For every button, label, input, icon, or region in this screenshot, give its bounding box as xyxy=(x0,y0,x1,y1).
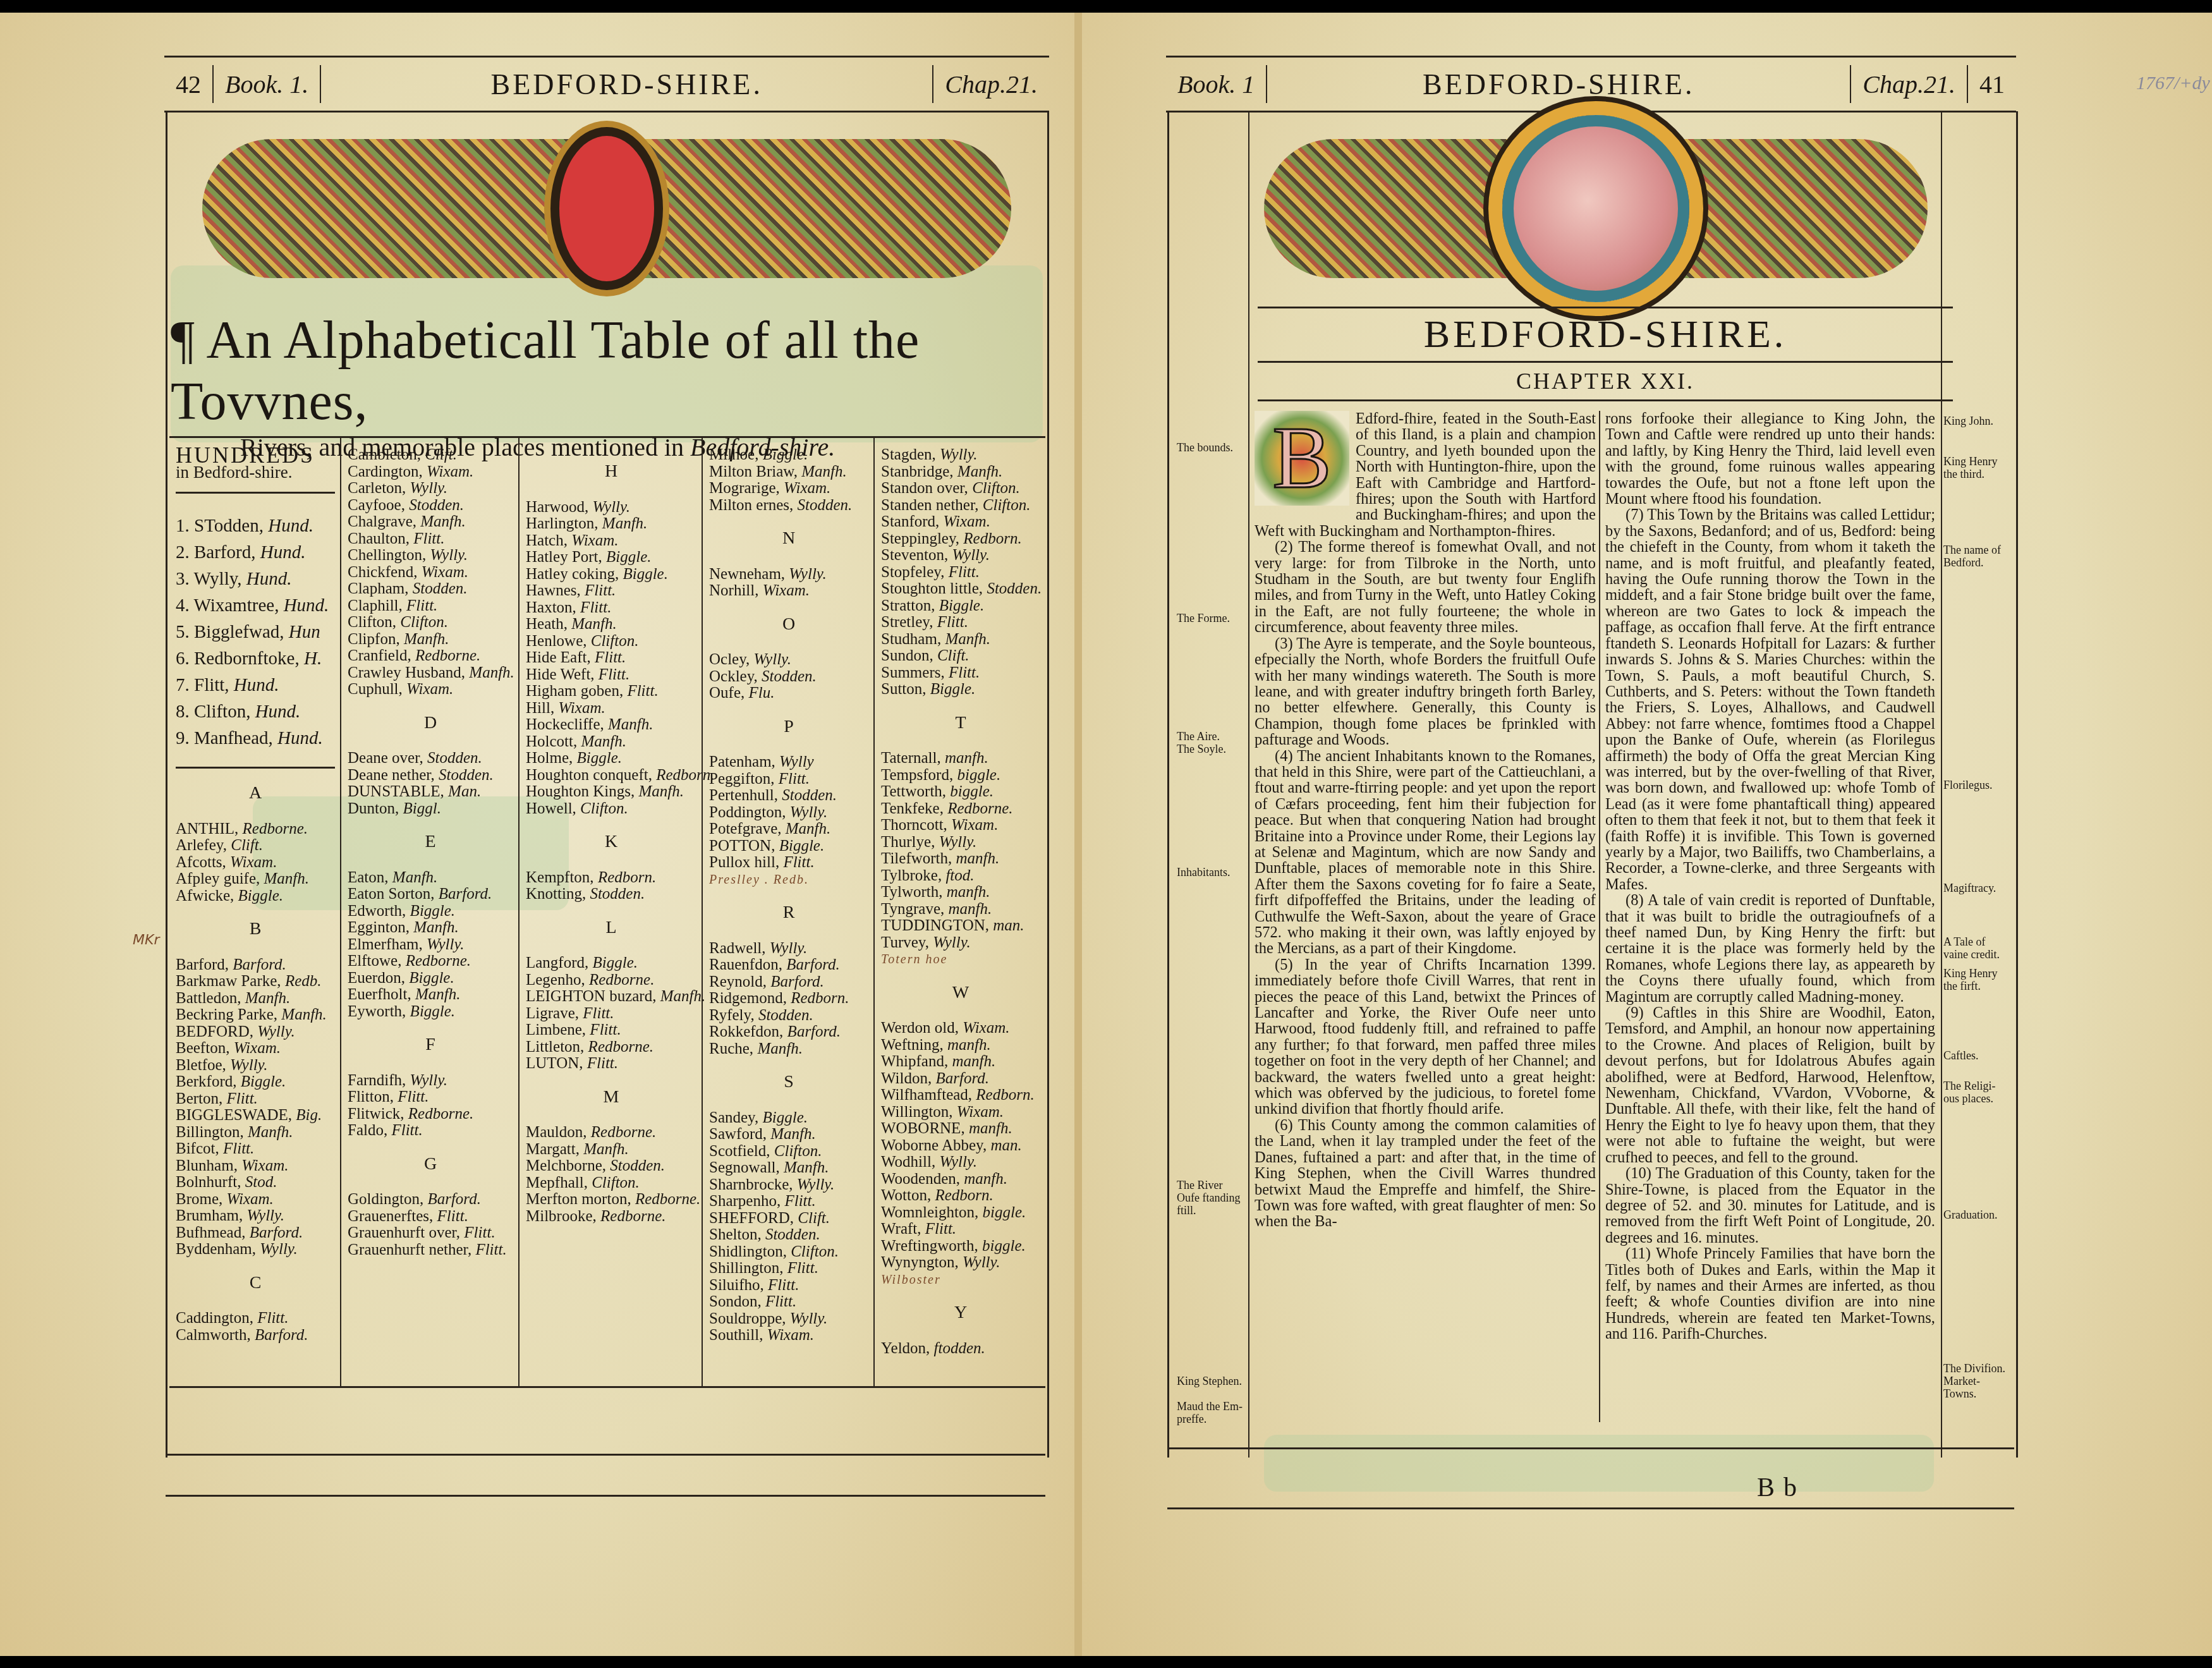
place-name: Shillington, xyxy=(709,1260,787,1277)
hundred-abbrev: Biggle. xyxy=(930,681,976,698)
index-entry: Milton ernes, Stodden. xyxy=(709,497,868,514)
place-name: Wotton, xyxy=(881,1187,935,1204)
index-entry: Grauenhurft nether, Flitt. xyxy=(348,1242,513,1259)
place-name: Caddington, xyxy=(176,1310,257,1327)
hundred-abbrev: Wylly. xyxy=(430,547,468,564)
index-letter-heading: D xyxy=(348,715,513,732)
place-name: Heath, xyxy=(526,616,571,633)
index-letter-heading: A xyxy=(176,785,335,802)
hundred-abbrev: Wylly. xyxy=(789,566,827,583)
index-entry: Afpley guife, Manfh. xyxy=(176,871,335,888)
index-entry: Barford, Barford. xyxy=(176,957,335,974)
hundred-abbrev: Flitt. xyxy=(595,649,626,666)
place-name: DUNSTABLE, xyxy=(348,783,448,800)
place-name: Stanford, xyxy=(881,513,944,530)
index-entry: Billington, Manfh. xyxy=(176,1124,335,1141)
hundred-abbrev: Wylly. xyxy=(952,547,990,564)
index-column-2: Cambleton, Clift.Cardington, Wixam.Carle… xyxy=(341,438,520,1386)
index-entry: Stanbridge, Manfh. xyxy=(881,464,1040,481)
hundred-abbrev: Biggle. xyxy=(409,970,454,987)
index-entry: Legenho, Redborne. xyxy=(526,972,696,989)
margin-note: The name of Bedford. xyxy=(1943,544,2001,569)
hundred-abbrev: Clift. xyxy=(231,837,263,854)
hundred-abbrev: Stodden. xyxy=(610,1157,665,1174)
index-entry: Blunham, Wixam. xyxy=(176,1158,335,1175)
index-entry: Segnowall, Manfh. xyxy=(709,1160,868,1177)
hundred-abbrev: Wylly. xyxy=(963,1254,1000,1271)
index-entry: Hatch, Wixam. xyxy=(526,533,696,550)
hundred-abbrev: Man. xyxy=(448,783,481,800)
index-entry: Byddenham, Wylly. xyxy=(176,1241,335,1258)
place-name: Tyngrave, xyxy=(881,901,949,918)
hundred-abbrev: Clifton. xyxy=(972,480,1020,497)
county-title-block: BEDFORD-SHIRE. CHAPTER XXI. xyxy=(1258,307,1953,401)
place-name: Margatt, xyxy=(526,1141,583,1158)
hundred-abbrev: Manfh. xyxy=(413,919,459,936)
index-entry: Holme, Biggle. xyxy=(526,750,696,767)
hundred-abbrev: Wixam. xyxy=(767,1327,814,1344)
hundred-abbrev: Redborne. xyxy=(591,1124,656,1141)
index-entry: Afcotts, Wixam. xyxy=(176,855,335,872)
place-name: Summers, xyxy=(881,664,949,681)
place-name: Milbrooke, xyxy=(526,1208,600,1225)
hundred-abbrev: Redborn. xyxy=(976,1087,1034,1104)
place-name: Souldroppe, xyxy=(709,1310,790,1327)
hundred-abbrev: Barford. xyxy=(255,1327,308,1344)
hundred-abbrev: Clifton. xyxy=(591,633,639,650)
place-name: Tenkfeke, xyxy=(881,800,947,817)
hundred-abbrev: Flitt. xyxy=(587,1055,618,1072)
index-entry: SHEFFORD, Clift. xyxy=(709,1210,868,1227)
index-column-1: HUNDREDS in Bedford-shire. 1. STodden, H… xyxy=(169,438,341,1386)
index-entry: Bufhmead, Barford. xyxy=(176,1225,335,1242)
place-index-table: HUNDREDS in Bedford-shire. 1. STodden, H… xyxy=(169,436,1045,1388)
place-name: Brome, xyxy=(176,1191,227,1208)
place-name: Ligrave, xyxy=(526,1005,583,1022)
place-name: Berkford, xyxy=(176,1073,241,1090)
hundred-abbrev: Flitt. xyxy=(227,1090,258,1107)
index-entry: Peggifton, Flitt. xyxy=(709,771,868,788)
red-cartouche-ornament xyxy=(550,127,663,290)
index-entry: Houghton conqueft, Redborn. xyxy=(526,767,696,784)
index-entry: Stretley, Flitt. xyxy=(881,614,1040,631)
hundred-abbrev: Flitt. xyxy=(590,1021,621,1038)
hundred-abbrev: Wylly. xyxy=(257,1023,295,1040)
index-entry: Souldroppe, Wylly. xyxy=(709,1311,868,1328)
place-name: Eyworth, xyxy=(348,1003,410,1020)
index-entry: Tyngrave, manfh. xyxy=(881,901,1040,918)
place-name: Ocley, xyxy=(709,651,754,668)
place-name: Afcotts, xyxy=(176,854,230,871)
hundred-abbrev: manfh. xyxy=(947,1037,991,1054)
hundred-suffix: Hund. xyxy=(268,516,313,536)
hundred-abbrev: Biggle. xyxy=(577,750,623,767)
page-number: 41 xyxy=(1968,65,2016,103)
index-entry: BEDFORD, Wylly. xyxy=(176,1024,335,1041)
index-column-3: HHarwood, Wylly.Harlington, Manfh.Hatch,… xyxy=(520,438,703,1386)
right-footer-box xyxy=(1167,1447,2014,1509)
place-name: Harlington, xyxy=(526,515,602,532)
paragraph: (4) The ancient Inhabitants known to the… xyxy=(1255,748,1596,957)
hundred-abbrev: manfh. xyxy=(952,1053,995,1070)
hundred-abbrev: Clift. xyxy=(937,647,969,664)
place-name: Egginton, xyxy=(348,919,413,936)
margin-note: The bounds. xyxy=(1177,441,1233,454)
hundred-abbrev: Biggle. xyxy=(606,549,652,566)
index-entry: Cayfooe, Stodden. xyxy=(348,497,513,514)
place-name: Elftowe, xyxy=(348,953,406,970)
index-entry: Beckring Parke, Manfh. xyxy=(176,1007,335,1024)
hundred-name: 2. Barford, xyxy=(176,542,260,563)
hundred-abbrev: Flitt. xyxy=(784,1193,815,1210)
index-entry: Wreftingworth, biggle. xyxy=(881,1238,1040,1255)
place-name: Claphill, xyxy=(348,597,406,614)
hundred-abbrev: Flu. xyxy=(748,685,774,702)
hundred-abbrev: Biggle. xyxy=(410,1003,456,1020)
margin-note: The Religi- ous places. xyxy=(1943,1080,1995,1105)
index-entry: Brome, Wixam. xyxy=(176,1191,335,1208)
place-name: Goldington, xyxy=(348,1191,427,1208)
hundred-abbrev: Stod. xyxy=(245,1174,277,1191)
hundred-name: 1. STodden, xyxy=(176,516,268,536)
place-name: Blunham, xyxy=(176,1157,241,1174)
index-letter-heading: P xyxy=(709,719,868,736)
place-name: Shelton, xyxy=(709,1226,765,1243)
place-name: Bufhmead, xyxy=(176,1224,250,1241)
index-entry: Rauenfdon, Barford. xyxy=(709,957,868,974)
left-running-head: 42 Book. 1. BEDFORD-SHIRE. Chap.21. xyxy=(164,56,1049,113)
hundred-abbrev: Wixam. xyxy=(957,1104,1004,1121)
place-name: Sharnbrocke, xyxy=(709,1176,797,1193)
place-name: Sharpenho, xyxy=(709,1193,784,1210)
index-entry: Melchborne, Stodden. xyxy=(526,1158,696,1175)
place-name: Flitwick, xyxy=(348,1105,408,1123)
hundred-abbrev: biggle. xyxy=(982,1204,1026,1221)
hundred-suffix: Hund. xyxy=(246,569,292,589)
index-entry: Afwicke, Biggle. xyxy=(176,888,335,905)
hundred-abbrev: Biggle. xyxy=(763,446,808,463)
place-name: Harwood, xyxy=(526,499,593,516)
place-name: Standen nether, xyxy=(881,497,983,514)
place-name: Milton Briaw, xyxy=(709,463,801,480)
index-entry: Sharnbrocke, Wylly. xyxy=(709,1177,868,1194)
hundred-abbrev: Stodden. xyxy=(413,580,468,597)
index-entry: Ocley, Wylly. xyxy=(709,652,868,669)
handwritten-annotation: Totern hoe xyxy=(881,951,1040,968)
margin-note: King Henry the third. xyxy=(1943,455,1997,480)
index-entry: Eaton, Manfh. xyxy=(348,870,513,887)
index-entry: Ridgemond, Redborn. xyxy=(709,990,868,1007)
index-entry: Cambleton, Clift. xyxy=(348,447,513,464)
index-entry: ANTHIL, Redborne. xyxy=(176,821,335,838)
hundred-abbrev: Wixam. xyxy=(558,700,605,717)
place-name: Stanbridge, xyxy=(881,463,957,480)
index-entry: Harwood, Wylly. xyxy=(526,499,696,516)
hundred-abbrev: Flitt. xyxy=(787,1260,818,1277)
place-name: Barford, xyxy=(176,956,233,973)
index-entry: Shelton, Stodden. xyxy=(709,1227,868,1244)
place-name: Segnowall, xyxy=(709,1159,784,1176)
hundred-abbrev: Redborne. xyxy=(588,1038,653,1056)
place-name: Cuphull, xyxy=(348,681,406,698)
place-name: Grauenerftes, xyxy=(348,1208,437,1225)
hundred-abbrev: man. xyxy=(990,1137,1021,1154)
index-entry: Margatt, Manfh. xyxy=(526,1141,696,1159)
hundred-abbrev: Manfh. xyxy=(571,616,617,633)
hundred-abbrev: Flitt. xyxy=(937,614,968,631)
hundred-abbrev: Big. xyxy=(296,1107,322,1124)
hundred-abbrev: Wylly. xyxy=(790,804,828,821)
hundred-abbrev: Barford. xyxy=(770,973,824,990)
hundred-abbrev: Flitt. xyxy=(398,1088,428,1105)
place-name: Mepfhall, xyxy=(526,1174,592,1191)
index-entry: POTTON, Biggle. xyxy=(709,838,868,855)
hundred-name: 3. Wylly, xyxy=(176,569,246,589)
index-entry: Siluifho, Flitt. xyxy=(709,1277,868,1294)
index-entry: Summers, Flitt. xyxy=(881,665,1040,682)
index-entry: Mauldon, Redborne. xyxy=(526,1124,696,1141)
hundred-abbrev: Stodden. xyxy=(987,580,1042,597)
index-entry: Faldo, Flitt. xyxy=(348,1123,513,1140)
index-entry: Pertenhull, Stodden. xyxy=(709,788,868,805)
hundred-abbrev: Flitt. xyxy=(475,1241,506,1258)
hundred-abbrev: Manfh. xyxy=(415,986,461,1003)
index-entry: Cuphull, Wixam. xyxy=(348,681,513,698)
hundred-name: 5. Bigglefwad, xyxy=(176,622,289,642)
index-entry: Limbene, Flitt. xyxy=(526,1022,696,1039)
index-entry: Claphill, Flitt. xyxy=(348,598,513,615)
index-entry: Tenkfeke, Redborne. xyxy=(881,801,1040,818)
paragraph: (8) A tale of vain credit is reported of… xyxy=(1605,892,1935,1005)
index-entry: Scotfield, Clifton. xyxy=(709,1143,868,1160)
hundred-suffix: H. xyxy=(304,648,322,669)
hundred-abbrev: Clifton. xyxy=(774,1143,822,1160)
place-name: Pertenhull, xyxy=(709,787,782,804)
index-entry: Tylworth, manfh. xyxy=(881,884,1040,901)
hundred-abbrev: Wylly. xyxy=(797,1176,835,1193)
margin-note: The River Oufe ftanding ftill. xyxy=(1177,1179,1240,1217)
hundred-abbrev: Flitt. xyxy=(925,1221,956,1238)
index-entry: Cranfield, Redborne. xyxy=(348,648,513,665)
index-entry: Ryfely, Stodden. xyxy=(709,1007,868,1025)
hundred-abbrev: Manfh. xyxy=(638,783,684,800)
hundred-abbrev: Manfh. xyxy=(660,988,706,1005)
index-entry: Woborne Abbey, man. xyxy=(881,1138,1040,1155)
index-entry: Bolnhurft, Stod. xyxy=(176,1174,335,1191)
index-entry: Hatley coking, Biggle. xyxy=(526,566,696,583)
place-name: Weftning, xyxy=(881,1037,947,1054)
place-name: Legenho, xyxy=(526,971,589,989)
index-entry: Wildon, Barford. xyxy=(881,1071,1040,1088)
pencil-annotation: 1767/+dy xyxy=(2136,73,2210,94)
place-name: Thorncott, xyxy=(881,817,951,834)
index-entry: Weftning, manfh. xyxy=(881,1037,1040,1054)
index-entry: Chaulton, Flitt. xyxy=(348,531,513,548)
hundred-abbrev: Redborne. xyxy=(406,953,471,970)
right-headpiece-ornament xyxy=(1264,114,1928,303)
place-name: Tylbroke, xyxy=(881,867,945,884)
place-name: BIGGLESWADE, xyxy=(176,1107,296,1124)
index-column-5: Stagden, Wylly.Stanbridge, Manfh.Standon… xyxy=(875,438,1045,1386)
hundred-abbrev: Wylly. xyxy=(427,936,465,953)
hundred-abbrev: Redborne. xyxy=(415,647,480,664)
hundred-abbrev: Stodden. xyxy=(798,497,853,514)
index-entry: Milbrooke, Redborne. xyxy=(526,1208,696,1226)
hundred-abbrev: Stodden. xyxy=(427,750,482,767)
place-name: Woodenden, xyxy=(881,1171,964,1188)
place-name: Billington, xyxy=(176,1124,248,1141)
hundred-abbrev: Wixam. xyxy=(571,532,618,549)
hundred-abbrev: Stodden. xyxy=(439,767,494,784)
index-entry: Reynold, Barford. xyxy=(709,974,868,991)
hundred-abbrev: Flitt. xyxy=(599,666,629,683)
paragraph: (3) The Ayre is temperate, and the Soyle… xyxy=(1255,636,1596,748)
margin-note: King John. xyxy=(1943,415,1993,427)
place-name: Milton ernes, xyxy=(709,497,798,514)
place-name: Chellington, xyxy=(348,547,430,564)
index-entry: Carleton, Wylly. xyxy=(348,480,513,497)
right-running-head: Book. 1 BEDFORD-SHIRE. Chap.21. 41 xyxy=(1166,56,2016,113)
place-name: Sandey, xyxy=(709,1109,762,1126)
index-entry: Sondon, Flitt. xyxy=(709,1294,868,1311)
hundred-abbrev: Stodden. xyxy=(765,1226,820,1243)
place-name: Melchborne, xyxy=(526,1157,610,1174)
hundred-abbrev: Wixam. xyxy=(230,854,277,871)
hundred-abbrev: Flitt. xyxy=(765,1293,796,1310)
index-entry: Flitwick, Redborne. xyxy=(348,1106,513,1123)
column-divider xyxy=(1599,411,1600,1422)
hundred-abbrev: manfh. xyxy=(969,1120,1012,1137)
place-name: Reynold, xyxy=(709,973,770,990)
hundred-abbrev: Biggle. xyxy=(623,566,668,583)
place-name: Brumham, xyxy=(176,1207,247,1224)
place-name: Houghton conqueft, xyxy=(526,767,656,784)
hundred-abbrev: Stodden. xyxy=(762,668,817,685)
hundred-abbrev: manfh. xyxy=(947,884,990,901)
place-name: Clifton, xyxy=(348,614,400,631)
index-entry: Werdon old, Wixam. xyxy=(881,1020,1040,1037)
hundred-abbrev: Wixam. xyxy=(951,817,998,834)
hundred-suffix: Hun xyxy=(289,622,320,642)
index-entry: Ockley, Stodden. xyxy=(709,669,868,686)
hundred-name: 6. Redbornftoke, xyxy=(176,648,304,669)
place-name: Bletfoe, xyxy=(176,1057,230,1074)
index-entry: Arlefey, Clift. xyxy=(176,837,335,855)
place-name: Cambleton, xyxy=(348,446,425,463)
hundred-abbrev: Wixam. xyxy=(944,513,990,530)
paragraph: (5) In the year of Chrifts Incarnation 1… xyxy=(1255,957,1596,1117)
hundred-abbrev: Biggle. xyxy=(241,1073,286,1090)
hundred-abbrev: Redborn. xyxy=(598,869,656,886)
index-letter-heading: C xyxy=(176,1275,335,1292)
place-name: Hatley Port, xyxy=(526,549,606,566)
hundred-abbrev: Flitt. xyxy=(257,1310,288,1327)
place-name: Hill, xyxy=(526,700,558,717)
index-entry: Wodhill, Wylly. xyxy=(881,1154,1040,1171)
hundred-abbrev: biggle. xyxy=(982,1238,1026,1255)
paragraph: (7) This Town by the Britains was called… xyxy=(1605,507,1935,892)
hundred-abbrev: Redborn. xyxy=(963,530,1021,547)
index-entry: Shidlington, Clifton. xyxy=(709,1244,868,1261)
place-name: BEDFORD, xyxy=(176,1023,257,1040)
index-entry: Oufe, Flu. xyxy=(709,685,868,702)
place-name: Grauenhurft nether, xyxy=(348,1241,475,1258)
index-entry: Farndifh, Wylly. xyxy=(348,1073,513,1090)
index-entry: Brumham, Wylly. xyxy=(176,1208,335,1225)
hundred-abbrev: Wixam. xyxy=(963,1020,1009,1037)
book-gutter xyxy=(1074,13,1082,1656)
place-name: Werdon old, xyxy=(881,1020,963,1037)
place-name: Eaton Sorton, xyxy=(348,886,439,903)
index-letter-heading: H xyxy=(526,463,696,480)
index-letter-heading: T xyxy=(881,715,1040,732)
index-entry: Sutton, Biggle. xyxy=(881,681,1040,698)
margin-note: Caftles. xyxy=(1943,1049,1979,1062)
index-entry: Henlowe, Clifton. xyxy=(526,633,696,650)
place-name: Littleton, xyxy=(526,1038,588,1056)
hundred-abbrev: Biggle. xyxy=(939,597,985,614)
index-entry: Mograrige, Wixam. xyxy=(709,480,868,497)
hundred-abbrev: Flitt. xyxy=(585,582,616,599)
place-name: ANTHIL, xyxy=(176,820,243,837)
county-title: BEDFORD-SHIRE. xyxy=(1258,307,1953,363)
index-entry: Clapham, Stodden. xyxy=(348,581,513,598)
place-name: Cayfooe, xyxy=(348,497,409,514)
hundred-abbrev: Clift. xyxy=(798,1210,830,1227)
index-entry: Grauenhurft over, Flitt. xyxy=(348,1225,513,1242)
hundred-abbrev: Redb. xyxy=(285,973,322,990)
place-name: Chalgrave, xyxy=(348,513,420,530)
place-name: Wynyngton, xyxy=(881,1254,963,1271)
hundred-name: 9. Manfhead, xyxy=(176,728,277,748)
index-entry: Stopfeley, Flitt. xyxy=(881,564,1040,581)
place-name: Wildon, xyxy=(881,1070,936,1087)
index-entry: Bifcot, Flitt. xyxy=(176,1141,335,1158)
chapter-label: Chap.21. xyxy=(933,65,1049,103)
handwritten-annotation: Preslley . Redb. xyxy=(709,872,868,889)
index-entry: Thurlye, Wylly. xyxy=(881,834,1040,851)
index-entry: Harlington, Manfh. xyxy=(526,516,696,533)
hundred-abbrev: Manfh. xyxy=(404,631,449,648)
place-name: Hide Eaft, xyxy=(526,649,595,666)
hundred-abbrev: Stodden. xyxy=(782,787,837,804)
place-name: Afwicke, xyxy=(176,887,238,904)
index-entry: Thorncott, Wixam. xyxy=(881,817,1040,834)
place-name: Beckring Parke, xyxy=(176,1006,281,1023)
index-entry: Taternall, manfh. xyxy=(881,750,1040,767)
index-entry: Hawnes, Flitt. xyxy=(526,583,696,600)
hundred-abbrev: Redborn. xyxy=(791,990,849,1007)
hundred-abbrev: Flitt. xyxy=(580,599,611,616)
hundred-abbrev: Wixam. xyxy=(406,681,453,698)
hundred-abbrev: Clifton. xyxy=(592,1174,640,1191)
hundred-item: 8. Clifton, Hund. xyxy=(176,698,335,725)
hundred-abbrev: Wylly. xyxy=(230,1057,268,1074)
hundred-item: 5. Bigglefwad, Hun xyxy=(176,619,335,645)
hundred-abbrev: Manfh. xyxy=(420,513,466,530)
index-entry: Whipfand, manfh. xyxy=(881,1054,1040,1071)
place-name: Wilfhamftead, xyxy=(881,1087,976,1104)
place-name: Southill, xyxy=(709,1327,767,1344)
place-name: Norhill, xyxy=(709,582,763,599)
index-entry: Cardington, Wixam. xyxy=(348,464,513,481)
place-name: Hide Weft, xyxy=(526,666,599,683)
index-letter-heading: O xyxy=(709,616,868,633)
index-entry: Chalgrave, Manfh. xyxy=(348,514,513,531)
index-entry: Ruche, Manfh. xyxy=(709,1041,868,1058)
index-entry: Milton Briaw, Manfh. xyxy=(709,464,868,481)
margin-note: King Henry the firft. xyxy=(1943,967,1997,992)
